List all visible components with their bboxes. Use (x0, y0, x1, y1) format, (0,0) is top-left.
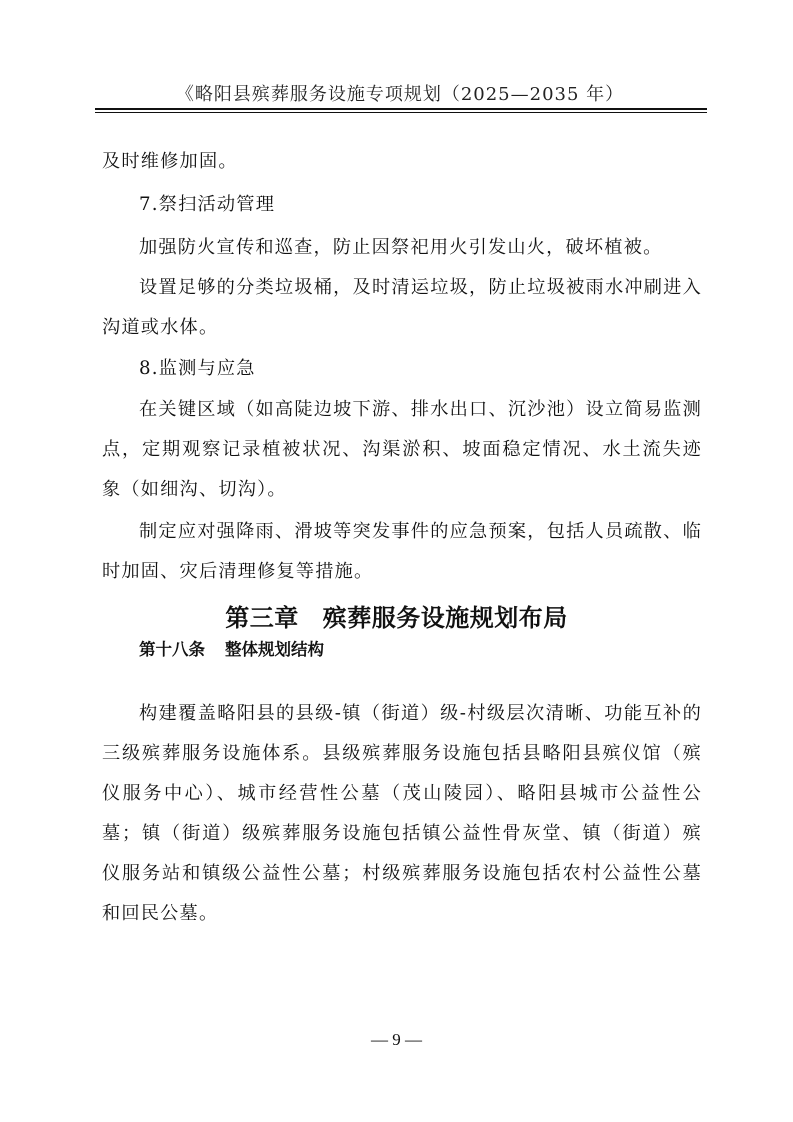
article-number: 第十八条 (139, 640, 205, 659)
chapter-heading: 第三章殡葬服务设施规划布局 (0, 598, 793, 633)
article-heading: 第十八条整体规划结构 (139, 638, 324, 662)
subheading-8: 8.监测与应急 (102, 349, 702, 389)
paragraph-emergency: 制定应对强降雨、滑坡等突发事件的应急预案，包括人员疏散、临时加固、灾后清理修复等… (102, 512, 702, 592)
paragraph-monitoring: 在关键区域（如高陡边坡下游、排水出口、沉沙池）设立简易监测点，定期观察记录植被状… (102, 390, 702, 510)
chapter-number: 第三章 (225, 604, 299, 632)
page-number: — 9 — (0, 1030, 793, 1050)
article-title: 整体规划结构 (225, 640, 324, 659)
subheading-7: 7.祭扫活动管理 (102, 185, 702, 225)
paragraph-fire-prevention: 加强防火宣传和巡查，防止因祭祀用火引发山火，破坏植被。 (102, 228, 702, 268)
header-rule-thin (95, 112, 707, 113)
header-rule-thick (95, 108, 707, 110)
chapter-title: 殡葬服务设施规划布局 (323, 604, 568, 632)
paragraph-continuation: 及时维修加固。 (102, 142, 702, 182)
paragraph-garbage: 设置足够的分类垃圾桶，及时清运垃圾，防止垃圾被雨水冲刷进入沟道或水体。 (102, 268, 702, 348)
document-title: 《略阳县殡葬服务设施专项规划（2025—2035 年） (95, 80, 705, 106)
article-paragraph: 构建覆盖略阳县的县级-镇（街道）级-村级层次清晰、功能互补的三级殡葬服务设施体系… (102, 694, 702, 934)
